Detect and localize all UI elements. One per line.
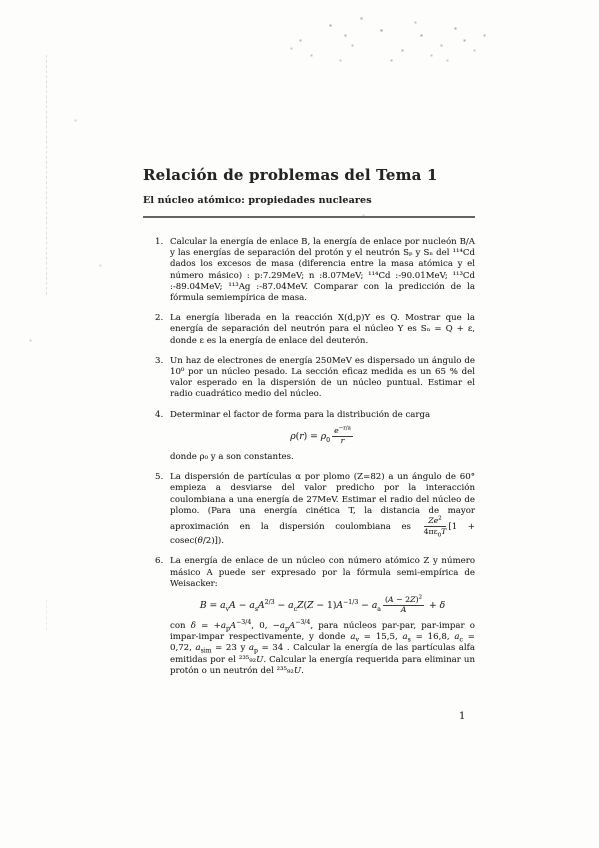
problem-text: Determinar el factor de forma para la di… [170, 410, 475, 464]
problem-item-5: 5. La dispersión de partículas α por plo… [143, 472, 475, 547]
problem-number: 6. [155, 556, 170, 677]
problem-intro: Determinar el factor de forma para la di… [170, 410, 475, 421]
page-number: 1 [459, 711, 465, 722]
problem-item-4: 4. Determinar el factor de forma para la… [143, 410, 475, 464]
problem-list: 1. Calcular la energía de enlace B, la e… [143, 237, 475, 677]
problem-number: 4. [155, 410, 170, 464]
problem-item-6: 6. La energía de enlace de un núcleo con… [143, 556, 475, 677]
problem-outro: donde ρ₀ y a son constantes. [170, 452, 475, 463]
problem-text: La energía de enlace de un núcleo con nú… [170, 556, 475, 677]
document-page: Relación de problemas del Tema 1 El núcl… [0, 0, 599, 848]
page-subtitle: El núcleo atómico: propiedades nucleares [143, 195, 475, 206]
page-title: Relación de problemas del Tema 1 [143, 166, 475, 184]
problem-item-3: 3. Un haz de electrones de energía 250Me… [143, 356, 475, 401]
problem-number: 1. [155, 237, 170, 304]
problem-text: La dispersión de partículas α por plomo … [170, 472, 475, 547]
problem-text: La energía liberada en la reacción X(d,p… [170, 313, 475, 347]
problem-number: 3. [155, 356, 170, 401]
problem-intro: La energía de enlace de un núcleo con nú… [170, 556, 475, 590]
weizsacker-formula: B = avA − asA2/3 − acZ(Z − 1)A−1/3 − aa(… [170, 596, 475, 615]
page-content: Relación de problemas del Tema 1 El núcl… [143, 166, 475, 686]
problem-number: 2. [155, 313, 170, 347]
scan-margin-artifact-lower [46, 600, 47, 630]
problem-item-2: 2. La energía liberada en la reacción X(… [143, 313, 475, 347]
scan-noise [0, 0, 1, 1]
scan-margin-artifact [46, 55, 47, 295]
charge-distribution-formula: ρ(r) = ρ0e−r/ar [170, 427, 475, 446]
problem-item-1: 1. Calcular la energía de enlace B, la e… [143, 237, 475, 304]
title-divider [143, 216, 475, 218]
problem-outro: con δ = +apA−3/4, 0, −apA−3/4, para núcl… [170, 621, 475, 677]
problem-text: Un haz de electrones de energía 250MeV e… [170, 356, 475, 401]
problem-number: 5. [155, 472, 170, 547]
problem-text: Calcular la energía de enlace B, la ener… [170, 237, 475, 304]
